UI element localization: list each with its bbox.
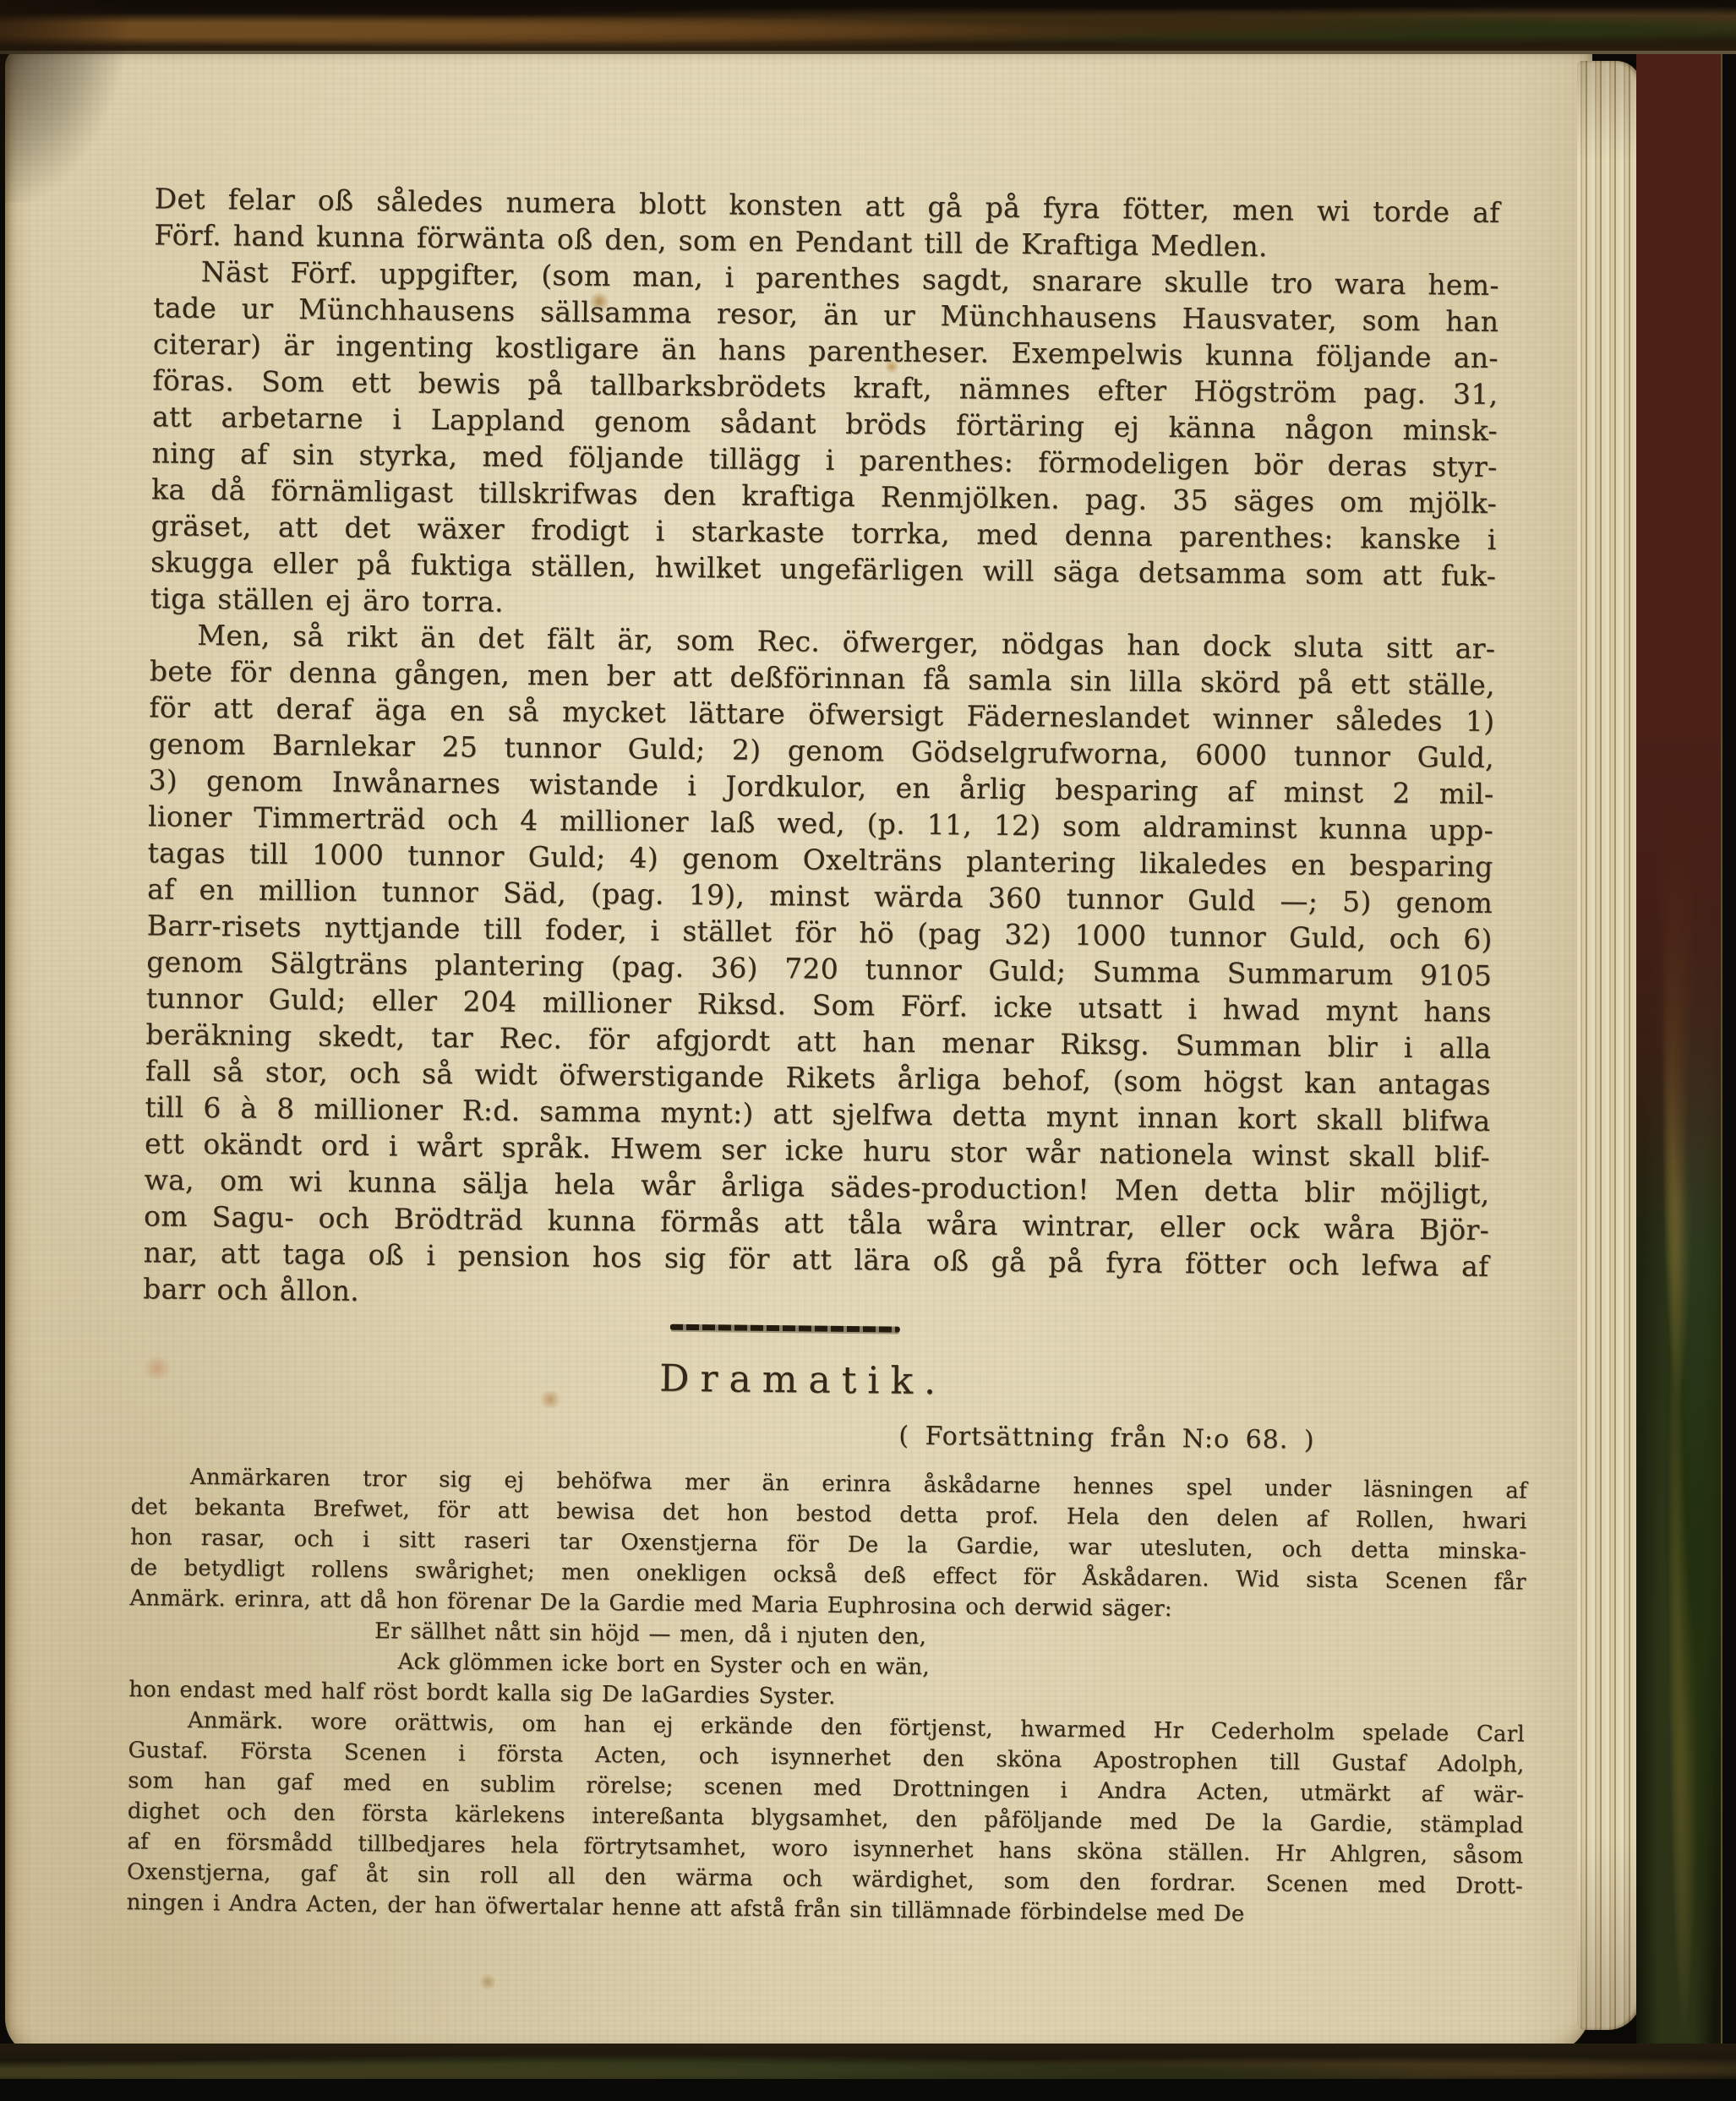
section-subheading: ( Fortsättning från N:o 68. ) [836,1420,1377,1458]
printed-text-block: Det felar oß således numera blott konste… [112,180,1499,1932]
page-fore-edge [1577,61,1641,2030]
scan-background-right [1721,0,1736,2101]
section-heading: Dramatik. [118,1351,1488,1410]
scanned-book-page: Det felar oß således numera blott konste… [0,0,1736,2101]
paper-stain [478,1974,497,1989]
section-divider-rule [670,1324,900,1333]
scan-background-bottom [0,2079,1736,2101]
review-text-block: Anmärkaren tror sig ej behöfwa mer än er… [126,1461,1527,1932]
binding-top-edge [0,0,1736,54]
